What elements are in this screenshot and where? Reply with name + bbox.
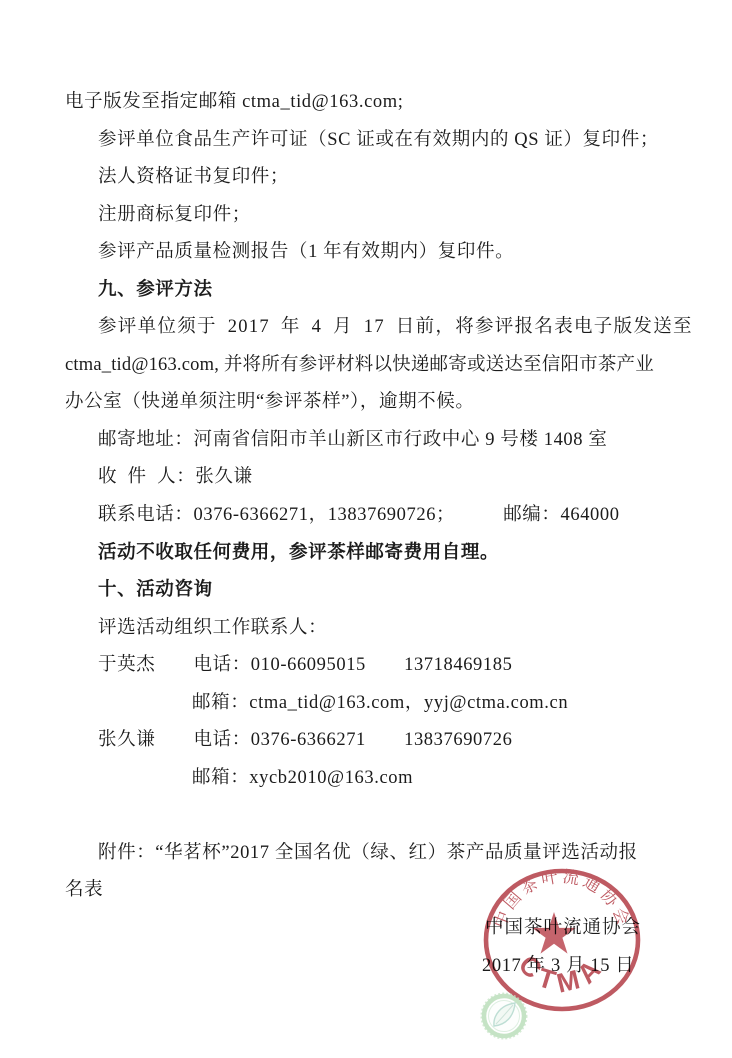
para-method-line-3: 办公室（快递单须注明“参评茶样”），逾期不候。 [65, 384, 705, 422]
line-mailing-address: 邮寄地址：河南省信阳市羊山新区市行政中心 9 号楼 1408 室 [65, 422, 705, 460]
line-contact-intro: 评选活动组织工作联系人： [65, 610, 705, 648]
line-item-legal-certificate: 法人资格证书复印件； [65, 159, 705, 197]
spacer-line [65, 797, 705, 835]
heading-section-10: 十、活动咨询 [65, 572, 705, 610]
line-contact-zhang-email: 邮箱：xycb2010@163.com [65, 760, 705, 798]
line-email-submission: 电子版发至指定邮箱 ctma_tid@163.com; [65, 84, 705, 122]
line-contact-zhang-phone: 张久谦 电话：0376-6366271 13837690726 [65, 722, 705, 760]
line-contact-phone: 联系电话：0376-6366271，13837690726； 邮编：464000 [65, 497, 705, 535]
line-item-trademark: 注册商标复印件； [65, 197, 705, 235]
para-method-line-2: ctma_tid@163.com, 并将所有参评材料以快递邮寄或送达至信阳市茶产… [65, 347, 705, 385]
line-contact-yu-phone: 于英杰 电话：010-66095015 13718469185 [65, 647, 705, 685]
document-body: 电子版发至指定邮箱 ctma_tid@163.com; 参评单位食品生产许可证（… [65, 0, 705, 985]
para-method-line-1: 参评单位须于 2017 年 4 月 17 日前，将参评报名表电子版发送至 [65, 309, 705, 347]
signature-date: 2017 年 3 月 15 日 [65, 948, 705, 986]
line-contact-yu-email: 邮箱：ctma_tid@163.com，yyj@ctma.com.cn [65, 685, 705, 723]
line-item-quality-report: 参评产品质量检测报告（1 年有效期内）复印件。 [65, 234, 705, 272]
line-fee-notice: 活动不收取任何费用，参评茶样邮寄费用自理。 [65, 535, 705, 573]
line-item-production-license: 参评单位食品生产许可证（SC 证或在有效期内的 QS 证）复印件； [65, 122, 705, 160]
line-recipient: 收 件 人：张久谦 [65, 459, 705, 497]
line-attachment-1: 附件：“华茗杯”2017 全国名优（绿、红）茶产品质量评选活动报 [65, 835, 705, 873]
document-page: 电子版发至指定邮箱 ctma_tid@163.com; 参评单位食品生产许可证（… [0, 0, 732, 1058]
leaf-watermark-icon [477, 989, 533, 1045]
line-attachment-2: 名表 [65, 872, 705, 910]
signature-org: 中国茶叶流通协会 [65, 910, 705, 948]
heading-section-9: 九、参评方法 [65, 272, 705, 310]
